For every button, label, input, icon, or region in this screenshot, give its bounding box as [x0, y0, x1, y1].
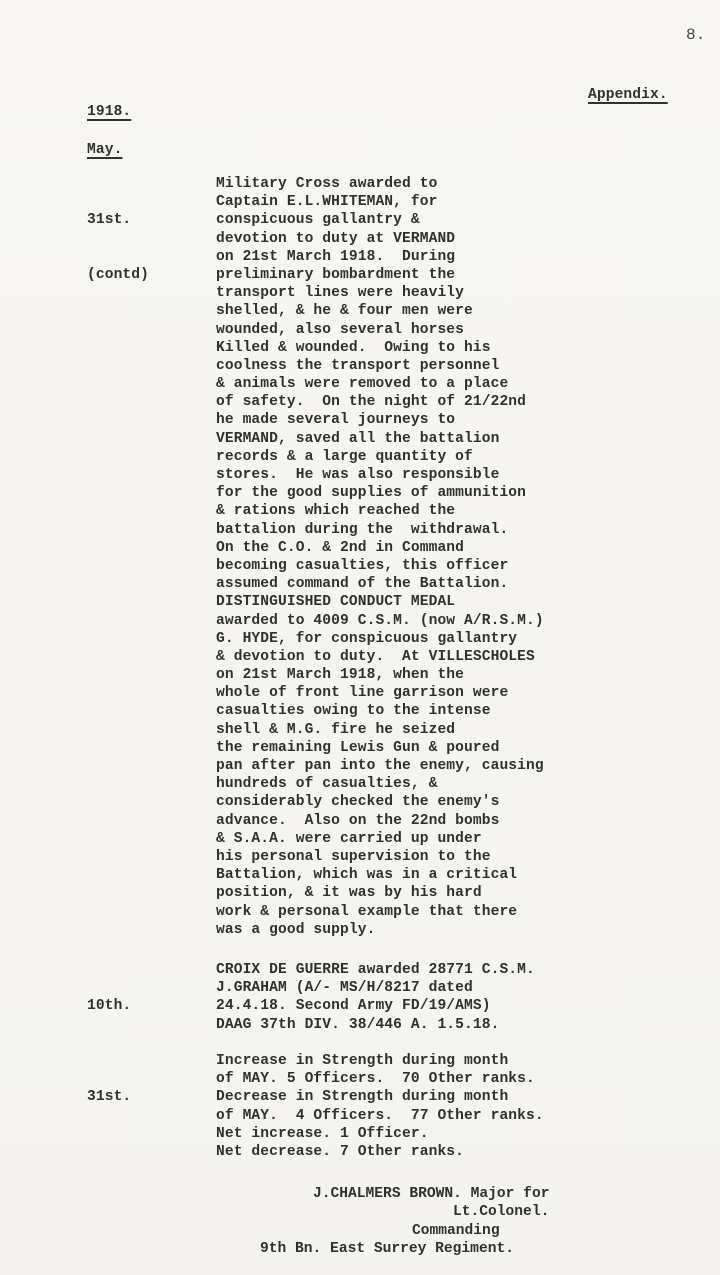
entry-body-line: becoming casualties, this officer — [216, 557, 544, 575]
entry-date: 10th. — [87, 961, 131, 1052]
entry-body-strength-report: Increase in Strength during monthof MAY.… — [216, 1052, 544, 1161]
entry-body-line: advance. Also on the 22nd bombs — [216, 812, 544, 830]
entry-body-line: of safety. On the night of 21/22nd — [216, 393, 544, 411]
entry-body-line: J.GRAHAM (A/- MS/H/8217 dated — [216, 979, 535, 997]
entry-body-line: work & personal example that there — [216, 903, 544, 921]
signature-unit: 9th Bn. East Surrey Regiment. — [260, 1240, 514, 1258]
appendix-heading: Appendix. — [588, 86, 668, 104]
entry-body-line: battalion during the withdrawal. — [216, 521, 544, 539]
entry-body-line: Net increase. 1 Officer. — [216, 1125, 544, 1143]
entry-body-line: coolness the transport personnel — [216, 357, 544, 375]
entry-body-line: considerably checked the enemy's — [216, 793, 544, 811]
entry-body-line: of MAY. 4 Officers. 77 Other ranks. — [216, 1107, 544, 1125]
entry-body-line: was a good supply. — [216, 921, 544, 939]
entry-date: 31st. — [87, 1052, 131, 1143]
entry-date-line: 31st. — [87, 211, 149, 229]
entry-body-line: on 21st March 1918, when the — [216, 666, 544, 684]
entry-body-line: G. HYDE, for conspicuous gallantry — [216, 630, 544, 648]
entry-body-line: pan after pan into the enemy, causing — [216, 757, 544, 775]
entry-body-line: DAAG 37th DIV. 38/446 A. 1.5.18. — [216, 1016, 535, 1034]
entry-body-line: he made several journeys to — [216, 411, 544, 429]
entry-body-line: Net decrease. 7 Other ranks. — [216, 1143, 544, 1161]
signature-name: J.CHALMERS BROWN. Major for — [313, 1185, 549, 1203]
entry-body-line: transport lines were heavily — [216, 284, 544, 302]
entry-date-line: 31st. — [87, 1088, 131, 1106]
entry-body-line: Increase in Strength during month — [216, 1052, 544, 1070]
year-heading: 1918. — [87, 103, 131, 121]
entry-body-line: & rations which reached the — [216, 502, 544, 520]
entry-body-line: & S.A.A. were carried up under — [216, 830, 544, 848]
entry-body-line: whole of front line garrison were — [216, 684, 544, 702]
document-page: 8. Appendix. 1918. May. 31st. (contd) Mi… — [0, 0, 720, 1275]
month-heading: May. — [87, 141, 122, 159]
entry-body-line: for the good supplies of ammunition — [216, 484, 544, 502]
entry-body-line: & animals were removed to a place — [216, 375, 544, 393]
entry-date: 31st. (contd) — [87, 175, 149, 321]
page-number: 8. — [686, 26, 705, 44]
entry-date-line: 10th. — [87, 997, 131, 1015]
entry-body-military-cross: Military Cross awarded toCaptain E.L.WHI… — [216, 175, 544, 939]
entry-body-line: Killed & wounded. Owing to his — [216, 339, 544, 357]
entry-body-line: Captain E.L.WHITEMAN, for — [216, 193, 544, 211]
entry-body-line: devotion to duty at VERMAND — [216, 230, 544, 248]
entry-body-line: On the C.O. & 2nd in Command — [216, 539, 544, 557]
signature-role: Commanding — [412, 1222, 500, 1240]
entry-body-line: hundreds of casualties, & — [216, 775, 544, 793]
entry-body-line: DISTINGUISHED CONDUCT MEDAL — [216, 593, 544, 611]
entry-body-line: 24.4.18. Second Army FD/19/AMS) — [216, 997, 535, 1015]
entry-body-line: Military Cross awarded to — [216, 175, 544, 193]
entry-body-line: on 21st March 1918. During — [216, 248, 544, 266]
entry-body-line: Battalion, which was in a critical — [216, 866, 544, 884]
entry-date-line: (contd) — [87, 266, 149, 284]
signature-rank: Lt.Colonel. — [453, 1203, 549, 1221]
entry-body-line: position, & it was by his hard — [216, 884, 544, 902]
entry-body-line: awarded to 4009 C.S.M. (now A/R.S.M.) — [216, 612, 544, 630]
entry-body-line: stores. He was also responsible — [216, 466, 544, 484]
entry-body-line: records & a large quantity of — [216, 448, 544, 466]
entry-body-line: assumed command of the Battalion. — [216, 575, 544, 593]
entry-body-line: his personal supervision to the — [216, 848, 544, 866]
entry-body-line: & devotion to duty. At VILLESCHOLES — [216, 648, 544, 666]
entry-body-line: shell & M.G. fire he seized — [216, 721, 544, 739]
entry-body-line: of MAY. 5 Officers. 70 Other ranks. — [216, 1070, 544, 1088]
entry-body-line: Decrease in Strength during month — [216, 1088, 544, 1106]
entry-body-croix-de-guerre: CROIX DE GUERRE awarded 28771 C.S.M.J.GR… — [216, 961, 535, 1034]
entry-body-line: the remaining Lewis Gun & poured — [216, 739, 544, 757]
entry-body-line: VERMAND, saved all the battalion — [216, 430, 544, 448]
entry-body-line: CROIX DE GUERRE awarded 28771 C.S.M. — [216, 961, 535, 979]
entry-body-line: shelled, & he & four men were — [216, 302, 544, 320]
entry-body-line: preliminary bombardment the — [216, 266, 544, 284]
entry-body-line: casualties owing to the intense — [216, 702, 544, 720]
entry-body-line: wounded, also several horses — [216, 321, 544, 339]
entry-body-line: conspicuous gallantry & — [216, 211, 544, 229]
